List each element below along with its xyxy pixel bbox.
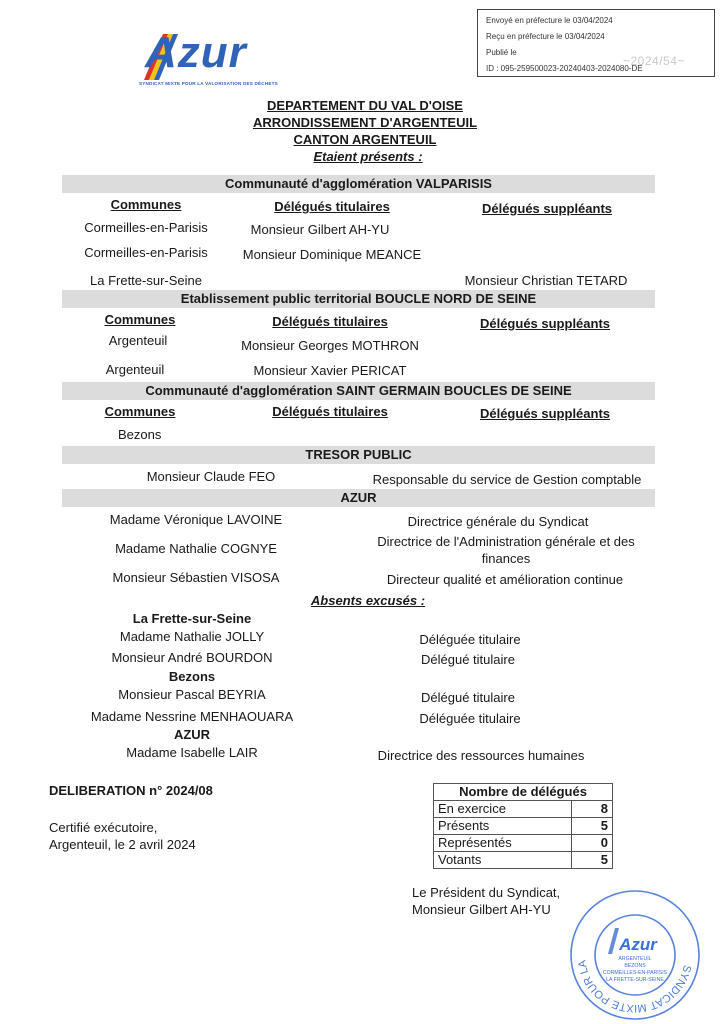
commune: La Frette-sur-Seine	[90, 273, 202, 289]
certified-label: Certifié exécutoire,	[49, 820, 157, 836]
section-title: Communauté d'agglomération SAINT GERMAIN…	[145, 383, 571, 398]
absent-name: Madame Nathalie JOLLY	[120, 629, 264, 645]
absent-group: AZUR	[174, 727, 210, 743]
act-id: ID : 095-259500023-20240403-2024080-DE	[486, 64, 643, 73]
commune: Cormeilles-en-Parisis	[84, 220, 208, 236]
staff-name: Madame Nathalie COGNYE	[115, 541, 277, 557]
absent-group: Bezons	[169, 669, 215, 685]
stamp-logo: Azur	[618, 935, 658, 954]
published-label: Publié le	[486, 48, 517, 57]
prefecture-box: Envoyé en préfecture le 03/04/2024 Reçu …	[477, 9, 715, 77]
tresor-name: Monsieur Claude FEO	[147, 469, 276, 485]
logo-tagline: SYNDICAT MIXTE POUR LA VALORISATION DES …	[139, 81, 278, 86]
absent-role: Directrice des ressources humaines	[378, 748, 585, 764]
staff-name: Monsieur Sébastien VISOSA	[113, 570, 280, 586]
row-value: 8	[572, 801, 613, 818]
row-label: Présents	[434, 818, 572, 835]
section-title: Communauté d'agglomération VALPARISIS	[225, 176, 492, 191]
suppleant: Monsieur Christian TETARD	[465, 273, 628, 289]
col-titulaires: Délégués titulaires	[272, 404, 388, 420]
section-band-saint-germain: Communauté d'agglomération SAINT GERMAIN…	[62, 382, 655, 400]
titulaire: Monsieur Xavier PERICAT	[254, 363, 407, 379]
absents-label: Absents excusés :	[311, 593, 425, 609]
canton-heading: CANTON ARGENTEUIL	[294, 132, 437, 148]
absent-role: Déléguée titulaire	[419, 711, 520, 727]
stamp-line: CORMEILLES-EN-PARISIS	[603, 970, 668, 976]
section-band-valparisis: Communauté d'agglomération VALPARISIS	[62, 175, 655, 193]
stamp-line: LA FRETTE-SUR-SEINE	[606, 977, 664, 983]
official-stamp: SYNDICAT MIXTE POUR LA VALORISATION DES …	[568, 888, 702, 1022]
absent-name: Monsieur André BOURDON	[111, 650, 272, 666]
stamp-line: ARGENTEUIL	[618, 956, 651, 962]
signature-title: Le Président du Syndicat,	[412, 885, 560, 901]
signature-name: Monsieur Gilbert AH-YU	[412, 902, 551, 918]
staff-role: Directrice générale du Syndicat	[408, 514, 589, 530]
commune: Argenteuil	[106, 362, 165, 378]
present-label: Etaient présents :	[313, 149, 422, 165]
commune: Argenteuil	[109, 333, 168, 349]
col-communes: Communes	[105, 312, 176, 328]
titulaire: Monsieur Gilbert AH-YU	[251, 222, 390, 238]
row-label: Votants	[434, 852, 572, 869]
staff-role-cont: finances	[482, 551, 530, 567]
row-value: 5	[572, 818, 613, 835]
table-row: En exercice8	[434, 801, 613, 818]
col-suppleants: Délégués suppléants	[482, 201, 612, 217]
arrondissement-heading: ARRONDISSEMENT D'ARGENTEUIL	[253, 115, 477, 131]
absent-role: Délégué titulaire	[421, 690, 515, 706]
absent-group: La Frette-sur-Seine	[133, 611, 251, 627]
col-communes: Communes	[105, 404, 176, 420]
table-row: Présents5	[434, 818, 613, 835]
deliberation-number: DELIBERATION n° 2024/08	[49, 783, 213, 799]
tresor-role: Responsable du service de Gestion compta…	[373, 472, 642, 488]
absent-role: Déléguée titulaire	[419, 632, 520, 648]
col-suppleants: Délégués suppléants	[480, 406, 610, 422]
staff-name: Madame Véronique LAVOINE	[110, 512, 282, 528]
section-title: Etablissement public territorial BOUCLE …	[181, 291, 536, 306]
stamp-line: BEZONS	[624, 963, 646, 969]
col-titulaires: Délégués titulaires	[274, 199, 390, 215]
staff-role: Directrice de l'Administration générale …	[377, 534, 635, 550]
department-heading: DEPARTEMENT DU VAL D'OISE	[267, 98, 463, 114]
logo-wordmark: Azur	[145, 28, 247, 78]
row-label: Représentés	[434, 835, 572, 852]
col-communes: Communes	[111, 197, 182, 213]
received-date: Reçu en préfecture le 03/04/2024	[486, 32, 605, 41]
absent-name: Madame Isabelle LAIR	[126, 745, 258, 761]
place-date: Argenteuil, le 2 avril 2024	[49, 837, 196, 853]
staff-role: Directeur qualité et amélioration contin…	[387, 572, 623, 588]
section-title: TRESOR PUBLIC	[305, 447, 411, 462]
section-band-boucle-nord: Etablissement public territorial BOUCLE …	[62, 290, 655, 308]
sent-date: Envoyé en préfecture le 03/04/2024	[486, 16, 613, 25]
col-titulaires: Délégués titulaires	[272, 314, 388, 330]
absent-name: Monsieur Pascal BEYRIA	[118, 687, 265, 703]
commune: Bezons	[118, 427, 161, 443]
azur-logo: Azur SYNDICAT MIXTE POUR LA VALORISATION…	[137, 34, 277, 92]
absent-role: Délégué titulaire	[421, 652, 515, 668]
row-value: 5	[572, 852, 613, 869]
row-value: 0	[572, 835, 613, 852]
table-row: Votants5	[434, 852, 613, 869]
delegates-count-table: Nombre de délégués En exercice8 Présents…	[433, 783, 613, 869]
absent-name: Madame Nessrine MENHAOUARA	[91, 709, 293, 725]
titulaire: Monsieur Dominique MEANCE	[243, 247, 421, 263]
col-suppleants: Délégués suppléants	[480, 316, 610, 332]
commune: Cormeilles-en-Parisis	[84, 245, 208, 261]
table-title: Nombre de délégués	[434, 784, 613, 801]
section-band-tresor: TRESOR PUBLIC	[62, 446, 655, 464]
section-title: AZUR	[340, 490, 376, 505]
row-label: En exercice	[434, 801, 572, 818]
titulaire: Monsieur Georges MOTHRON	[241, 338, 419, 354]
table-row: Représentés0	[434, 835, 613, 852]
section-band-azur: AZUR	[62, 489, 655, 507]
